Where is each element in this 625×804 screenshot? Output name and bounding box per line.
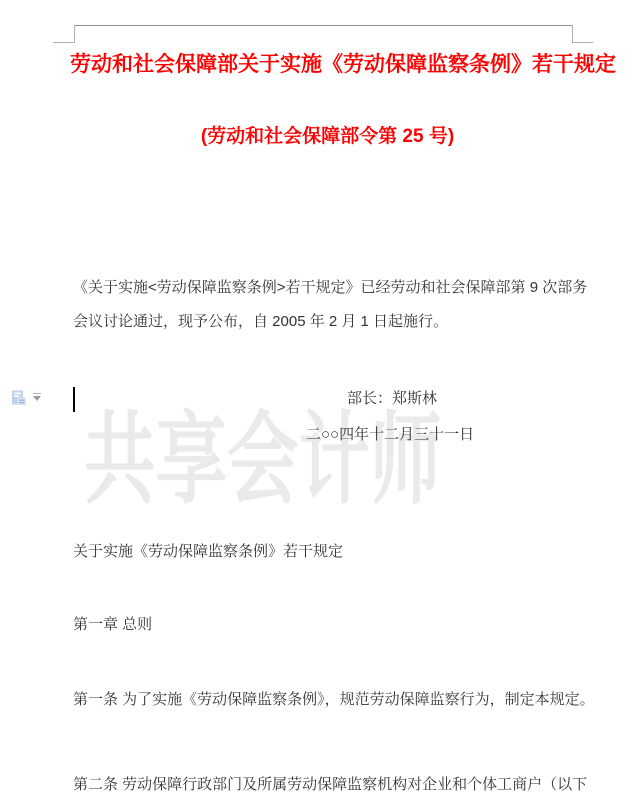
article-2-line: 第二条 劳动保障行政部门及所属劳动保障监察机构对企业和个体工商户（以下 bbox=[73, 775, 587, 795]
chevron-down-icon bbox=[33, 396, 41, 401]
document-title: 劳动和社会保障部关于实施《劳动保障监察条例》若干规定 bbox=[70, 52, 585, 77]
paste-options-button[interactable] bbox=[9, 386, 43, 410]
page-boundary-left-corner bbox=[53, 42, 74, 43]
intro-paragraph-line1: 《关于实施<劳动保障监察条例>若干规定》已经劳动和社会保障部第 9 次部务 bbox=[73, 278, 587, 298]
page-boundary-right-vertical bbox=[572, 25, 573, 43]
intro-paragraph-line2: 会议讨论通过，现予公布，自 2005 年 2 月 1 日起施行。 bbox=[73, 312, 448, 332]
article-1-line: 第一条 为了实施《劳动保障监察条例》，规范劳动保障监察行为，制定本规定。 bbox=[73, 690, 595, 710]
date-line: 二○○四年十二月三十一日 bbox=[306, 425, 474, 445]
page-boundary-left-vertical bbox=[74, 25, 75, 43]
document-page[interactable]: 共享会计师 劳动和社会保障部关于实施《劳动保障监察条例》若干规定 (劳动和社会保… bbox=[0, 0, 625, 804]
document-subtitle: (劳动和社会保障部令第 25 号) bbox=[70, 125, 585, 149]
paste-options-icon bbox=[10, 389, 28, 407]
page-boundary-right-corner bbox=[572, 42, 593, 43]
text-cursor bbox=[73, 387, 75, 412]
doc-heading-line: 关于实施《劳动保障监察条例》若干规定 bbox=[73, 542, 343, 562]
watermark-text: 共享会计师 bbox=[84, 403, 442, 518]
chapter-heading-line: 第一章 总则 bbox=[73, 615, 152, 635]
minister-signature-line: 部长：郑斯林 bbox=[347, 389, 437, 409]
page-boundary-top bbox=[74, 25, 573, 26]
